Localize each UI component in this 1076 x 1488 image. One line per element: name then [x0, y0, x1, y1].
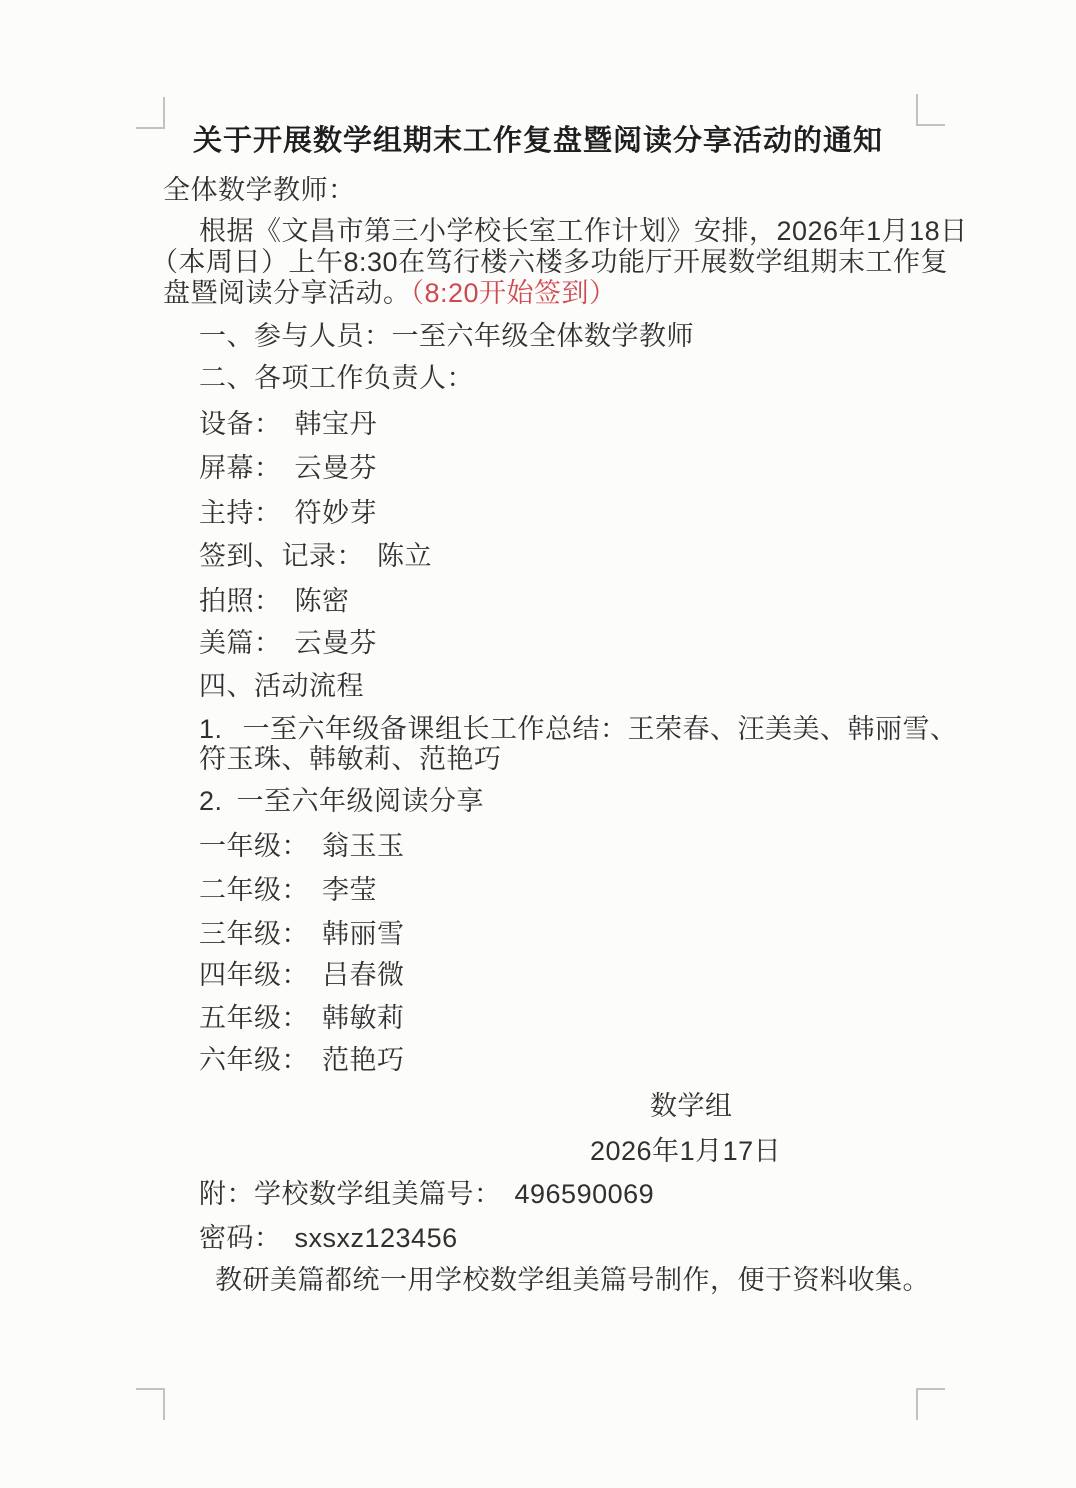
role-name: 云曼芬	[295, 453, 378, 483]
role-label: 美篇：	[199, 628, 282, 658]
grade-label: 四年级：	[199, 960, 309, 990]
role-name: 韩宝丹	[295, 409, 378, 439]
role-name: 云曼芬	[295, 628, 378, 658]
attachment-row: 附：学校数学组美篇号：496590069	[199, 1177, 654, 1211]
flow-item-1-line-2: 符玉珠、韩敏莉、范艳巧	[199, 742, 502, 776]
flow-item-2: 2.一至六年级阅读分享	[199, 784, 484, 818]
role-label: 签到、记录：	[199, 541, 364, 571]
role-label: 主持：	[199, 498, 282, 528]
salutation: 全体数学教师：	[163, 173, 356, 207]
notice-title: 关于开展数学组期末工作复盘暨阅读分享活动的通知	[0, 118, 1076, 159]
grade-label: 三年级：	[199, 919, 309, 949]
attachment-label: 附：学校数学组美篇号：	[199, 1179, 502, 1209]
grade-label: 二年级：	[199, 875, 309, 905]
grade-name: 韩敏莉	[322, 1003, 405, 1033]
grade-name: 韩丽雪	[322, 919, 405, 949]
grade-1-row: 一年级：翁玉玉	[199, 829, 405, 863]
signature-date: 2026年1月17日	[590, 1134, 781, 1168]
flow-item-1-line-1: 1.一至六年级备课组长工作总结：王荣春、汪美美、韩丽雪、	[199, 712, 958, 746]
intro-line-1: 根据《文昌市第三小学校长室工作计划》安排，2026年1月18日	[199, 214, 968, 248]
role-signin-record: 签到、记录：陈立	[199, 539, 432, 573]
footnote: 教研美篇都统一用学校数学组美篇号制作，便于资料收集。	[215, 1263, 930, 1297]
attachment-number: 496590069	[515, 1179, 655, 1209]
role-screen: 屏幕：云曼芬	[199, 451, 377, 485]
role-name: 符妙芽	[295, 498, 378, 528]
flow-item-1-text: 一至六年级备课组长工作总结：王荣春、汪美美、韩丽雪、	[243, 714, 958, 744]
grade-label: 六年级：	[199, 1045, 309, 1075]
intro-line-3: 盘暨阅读分享活动。（8:20开始签到）	[163, 276, 617, 310]
role-label: 设备：	[199, 409, 282, 439]
section-flow: 四、活动流程	[199, 669, 364, 703]
grade-4-row: 四年级：吕春微	[199, 958, 405, 992]
grade-label: 五年级：	[199, 1003, 309, 1033]
password-label: 密码：	[199, 1223, 282, 1253]
notice-document-page: 关于开展数学组期末工作复盘暨阅读分享活动的通知 全体数学教师： 根据《文昌市第三…	[0, 0, 1076, 1488]
signature-group: 数学组	[650, 1089, 733, 1123]
intro-line-2: （本周日）上午8:30在笃行楼六楼多功能厅开展数学组期末工作复	[151, 245, 948, 279]
grade-2-row: 二年级：李莹	[199, 873, 377, 907]
role-equipment: 设备：韩宝丹	[199, 407, 377, 441]
section-responsibles: 二、各项工作负责人：	[199, 361, 474, 395]
section-participants: 一、参与人员：一至六年级全体数学教师	[199, 319, 694, 353]
role-label: 拍照：	[199, 586, 282, 616]
grade-name: 范艳巧	[322, 1045, 405, 1075]
flow-item-2-number: 2.	[199, 784, 223, 818]
role-name: 陈密	[295, 586, 350, 616]
intro-line-3-black: 盘暨阅读分享活动。	[163, 278, 411, 308]
role-name: 陈立	[377, 541, 432, 571]
page-corner-mark-bottom-left	[136, 1388, 165, 1420]
role-meipian: 美篇：云曼芬	[199, 626, 377, 660]
grade-5-row: 五年级：韩敏莉	[199, 1001, 405, 1035]
grade-6-row: 六年级：范艳巧	[199, 1043, 405, 1077]
grade-name: 翁玉玉	[322, 831, 405, 861]
flow-item-1-number: 1.	[199, 712, 223, 746]
grade-3-row: 三年级：韩丽雪	[199, 917, 405, 951]
grade-name: 吕春微	[322, 960, 405, 990]
grade-label: 一年级：	[199, 831, 309, 861]
page-corner-mark-bottom-right	[916, 1388, 945, 1420]
role-host: 主持：符妙芽	[199, 496, 377, 530]
role-label: 屏幕：	[199, 453, 282, 483]
grade-name: 李莹	[322, 875, 377, 905]
signin-time-highlight: （8:20开始签到）	[411, 278, 617, 308]
role-photo: 拍照：陈密	[199, 584, 350, 618]
password-row: 密码：sxsxz123456	[199, 1221, 458, 1255]
password-value: sxsxz123456	[295, 1223, 458, 1253]
flow-item-2-text: 一至六年级阅读分享	[237, 786, 485, 816]
